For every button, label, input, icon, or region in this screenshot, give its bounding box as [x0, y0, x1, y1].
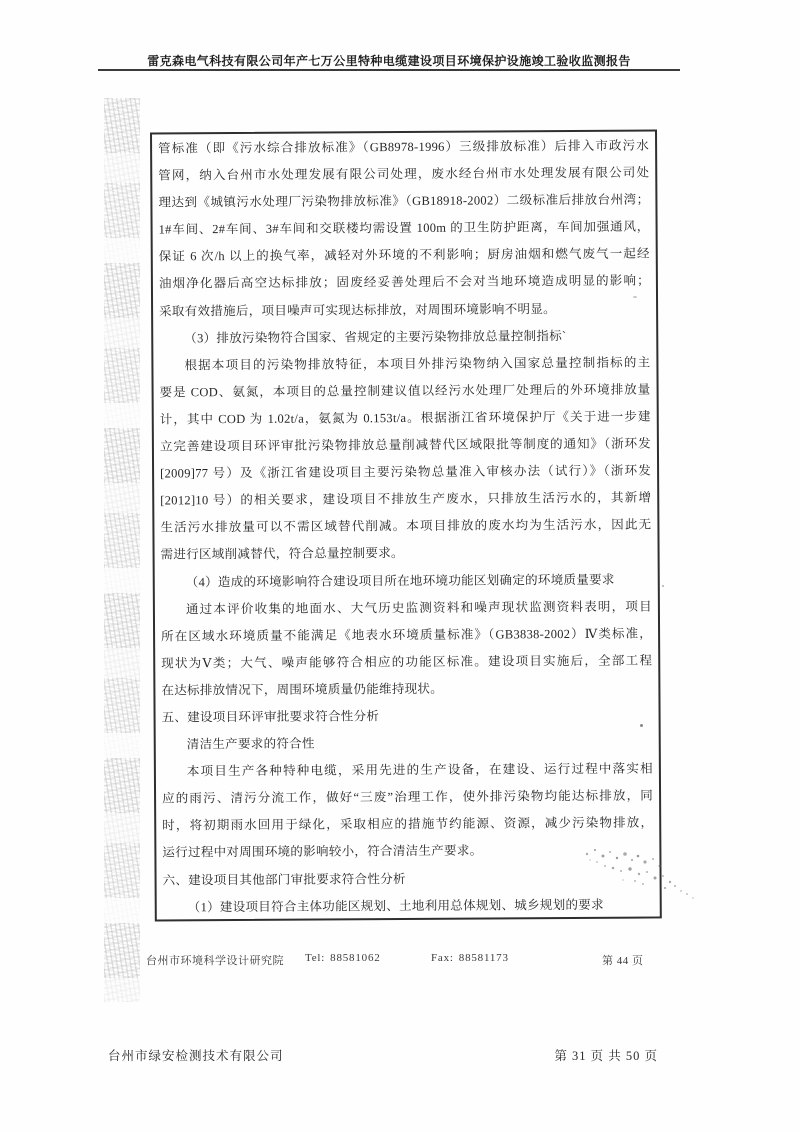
institute-name: 台州市环境科学设计研究院: [146, 952, 284, 968]
document-line: 计，其中 COD 为 1.02t/a，氨氮为 0.153t/a。根据浙江省环境保…: [160, 403, 651, 433]
telephone: Tel:88581062: [305, 952, 381, 964]
ink-speck: [662, 585, 664, 587]
document-line: 生活污水排放量可以不需区域替代削减。本项目排放的废水均为生活污水，因此无: [160, 512, 651, 542]
document-line: 本项目生产各种特种电缆，采用先进的生产设备，在建设、运行过程中落实相: [162, 756, 653, 786]
document-line: 清洁生产要求的符合性: [162, 729, 653, 759]
footer-company-name: 台州市绿安检测技术有限公司: [108, 1046, 284, 1064]
document-line: 现状为Ⅴ类；大气、噪声能够符合相应的功能区标准。建设项目实施后，全部工程: [161, 647, 652, 677]
document-line: （3）排放污染物符合国家、省规定的主要污染物排放总量控制指标`: [159, 322, 650, 352]
document-line: 要是 COD、氨氮，本项目的总量控制建议值以经污水处理厂处理后的外环境排放量: [160, 376, 651, 406]
tel-number: 88581062: [330, 952, 380, 964]
document-line: （4）造成的环境影响符合建设项目所在地环境功能区划确定的环境质量要求: [161, 566, 652, 596]
fax: Fax:88581173: [431, 952, 509, 964]
tel-label: Tel:: [305, 952, 325, 964]
document-line: [2012]10 号）的相关要求，建设项目不排放生产废水，只排放生活污水的，其新…: [160, 485, 651, 515]
scanned-report-page: 雷克森电气科技有限公司年产七万公里特种电缆建设项目环境保护设施竣工验收监测报告 …: [0, 0, 800, 1131]
document-line: 五、建设项目环评审批要求符合性分析: [161, 701, 652, 731]
pencil-scribble-mark: [575, 836, 710, 914]
header-underline: [98, 69, 680, 71]
document-line: 应的雨污、清污分流工作，做好“三废”治理工作，使外排污染物均能达标排放，同: [162, 783, 653, 813]
document-line: 需进行区域削减替代，符合总量控制要求。: [161, 539, 652, 569]
document-line: 保证 6 次/h 以上的换气率，减轻对外环境的不利影响；厨房油烟和燃气废气一起经: [159, 241, 650, 271]
scan-page-number: 第 44 页: [602, 952, 644, 968]
document-line: [2009]77 号）及《浙江省建设项目主要污染物总量准入审核办法（试行）》（浙…: [160, 458, 651, 488]
scan-page-footer: 台州市环境科学设计研究院 Tel:88581062 Fax:88581173 第…: [150, 952, 657, 968]
document-line: 管网，纳入台州市水处理发展有限公司处理，废水经台州市水处理发展有限公司处: [158, 160, 649, 190]
fax-number: 88581173: [459, 952, 509, 964]
document-line: 在达标排放情况下，周围环境质量仍能维持现状。: [161, 674, 652, 704]
document-line: 采取有效措施后，项目噪声可实现达标排放，对周围环境影响不明显。: [159, 295, 650, 325]
document-lines: 管标准（即《污水综合排放标准》（GB8978-1996）三级排放标准）后排入市政…: [158, 133, 654, 922]
ink-speck: [633, 296, 637, 298]
document-line: 管标准（即《污水综合排放标准》（GB8978-1996）三级排放标准）后排入市政…: [158, 133, 649, 163]
document-line: 根据本项目的污染物排放特征，本项目外排污染物纳入国家总量控制指标的主: [159, 349, 650, 379]
ink-speck: [640, 724, 643, 727]
page-footer: 台州市绿安检测技术有限公司 第 31 页 共 50 页: [108, 1046, 658, 1064]
document-line: 理达到《城镇污水处理厂污染物排放标准》（GB18918-2002）二级标准后排放…: [158, 187, 649, 217]
document-line: 立完善建设项目环评审批污染物排放总量削减替代区域限批等制度的通知》（浙环发: [160, 431, 651, 461]
document-line: 通过本评价收集的地面水、大气历史监测资料和噪声现状监测资料表明，项目: [161, 593, 652, 623]
report-header-title: 雷克森电气科技有限公司年产七万公里特种电缆建设项目环境保护设施竣工验收监测报告: [98, 52, 680, 69]
document-line: 油烟净化器后高空达标排放；固废经妥善处理后不会对当地环境造成明显的影响；: [159, 268, 650, 298]
document-line: 所在区域水环境质量不能满足《地表水环境质量标准》（GB3838-2002）Ⅳ类标…: [161, 620, 652, 650]
footer-page-indicator: 第 31 页 共 50 页: [554, 1046, 658, 1064]
fax-label: Fax:: [431, 952, 454, 964]
document-body-frame: 管标准（即《污水综合排放标准》（GB8978-1996）三级排放标准）后排入市政…: [150, 129, 662, 921]
scan-edge-texture: [104, 98, 140, 1002]
document-line: 1#车间、2#车间、3#车间和交联楼均需设置 100m 的卫生防护距离，车间加强…: [159, 214, 650, 244]
